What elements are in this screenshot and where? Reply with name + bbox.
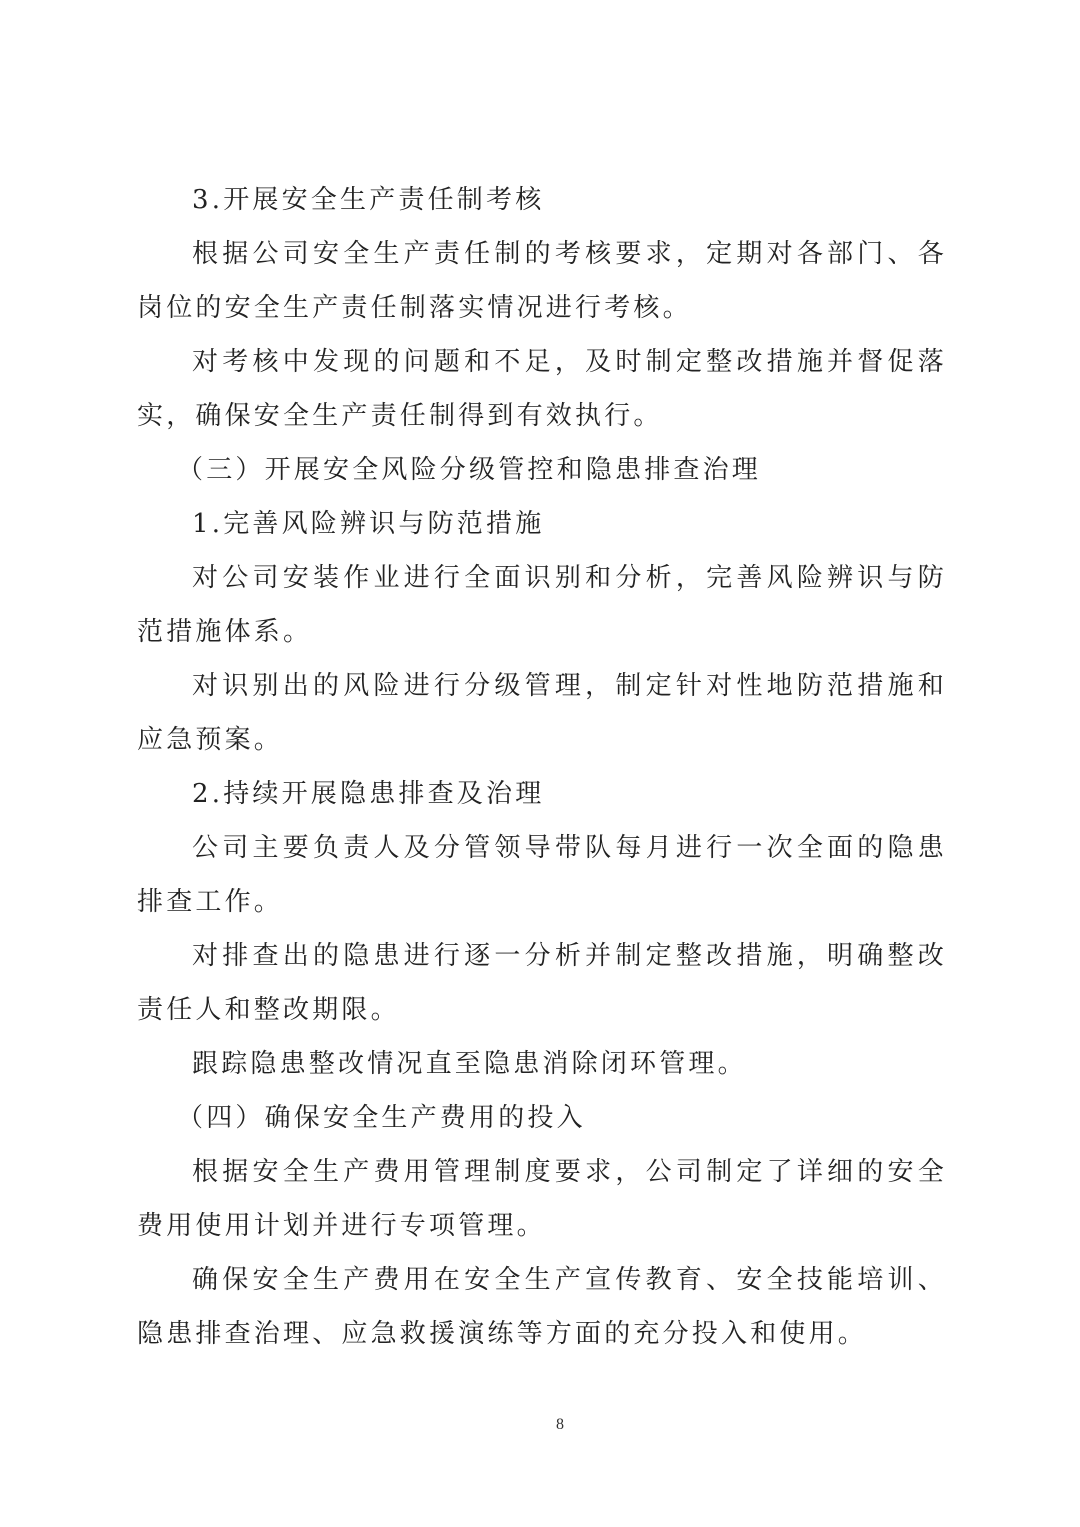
- paragraph: 公司主要负责人及分管领导带队每月进行一次全面的隐患排查工作。: [137, 821, 947, 929]
- section-heading-3-responsibility-assessment: 3.开展安全生产责任制考核: [137, 173, 947, 227]
- document-page: 3.开展安全生产责任制考核 根据公司安全生产责任制的考核要求，定期对各部门、各岗…: [0, 0, 1080, 1527]
- section-heading-3-risk-control: （三）开展安全风险分级管控和隐患排查治理: [137, 443, 947, 497]
- section-heading-1-risk-identification: 1.完善风险辨识与防范措施: [137, 497, 947, 551]
- section-heading-2-hazard-inspection: 2.持续开展隐患排查及治理: [137, 767, 947, 821]
- paragraph: 跟踪隐患整改情况直至隐患消除闭环管理。: [137, 1037, 947, 1091]
- paragraph: 对考核中发现的问题和不足，及时制定整改措施并督促落实，确保安全生产责任制得到有效…: [137, 335, 947, 443]
- paragraph: 根据安全生产费用管理制度要求，公司制定了详细的安全费用使用计划并进行专项管理。: [137, 1145, 947, 1253]
- paragraph: 确保安全生产费用在安全生产宣传教育、安全技能培训、隐患排查治理、应急救援演练等方…: [137, 1253, 947, 1361]
- paragraph: 对识别出的风险进行分级管理，制定针对性地防范措施和应急预案。: [137, 659, 947, 767]
- paragraph: 对公司安装作业进行全面识别和分析，完善风险辨识与防范措施体系。: [137, 551, 947, 659]
- section-heading-4-safety-funding: （四）确保安全生产费用的投入: [137, 1091, 947, 1145]
- document-body: 3.开展安全生产责任制考核 根据公司安全生产责任制的考核要求，定期对各部门、各岗…: [137, 173, 947, 1361]
- paragraph: 对排查出的隐患进行逐一分析并制定整改措施，明确整改责任人和整改期限。: [137, 929, 947, 1037]
- page-number: 8: [0, 1416, 1080, 1434]
- paragraph: 根据公司安全生产责任制的考核要求，定期对各部门、各岗位的安全生产责任制落实情况进…: [137, 227, 947, 335]
